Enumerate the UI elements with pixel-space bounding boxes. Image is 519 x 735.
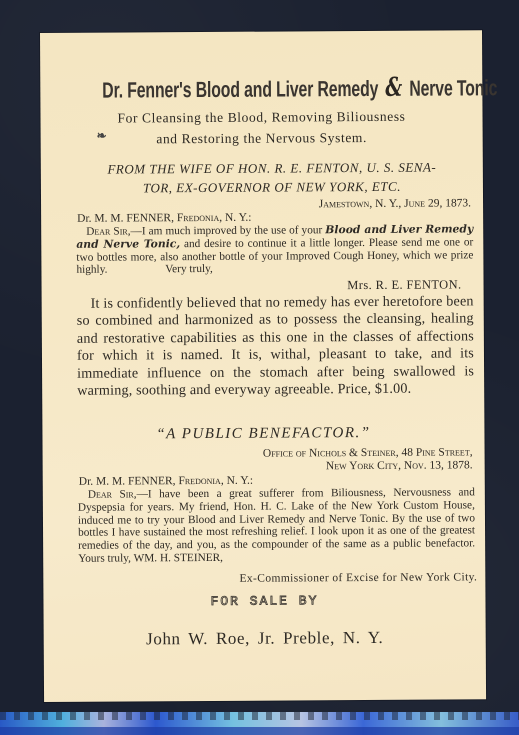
letter-closing: Very truly, bbox=[165, 263, 213, 275]
for-sale-by-label: FOR SALE BY bbox=[43, 592, 485, 610]
subtitle-line-1: For Cleansing the Blood, Removing Biliou… bbox=[40, 105, 482, 129]
body-paragraph: It is confidently believed that no remed… bbox=[77, 293, 475, 400]
margin-mark-icon: ❧ bbox=[97, 129, 107, 143]
title-text-2: Nerve Tonic bbox=[409, 75, 497, 101]
addressee-name: Dr. M. M. FENNER, bbox=[79, 475, 176, 488]
testimonial-2-office: Office of Nichols & Steiner, 48 Pine Str… bbox=[263, 446, 473, 473]
office-line-1: Office of Nichols & Steiner, 48 Pine Str… bbox=[263, 446, 473, 460]
letter-text-a: —I am much improved by the use of your bbox=[130, 224, 325, 237]
letter-text: —I have been a great sufferer from Bilio… bbox=[78, 486, 475, 564]
card-subtitle: For Cleansing the Blood, Removing Biliou… bbox=[40, 105, 482, 150]
heading-line-1: FROM THE WIFE OF HON. R. E. FENTON, U. S… bbox=[71, 157, 473, 178]
addressee-name: Dr. M. M. FENNER, bbox=[77, 212, 174, 225]
testimonial-1-signature: Mrs. R. E. FENTON. bbox=[347, 277, 461, 293]
addressee-place: Fredonia, N. Y.: bbox=[178, 475, 253, 487]
dealer-name: John W. Roe, Jr. Preble, N. Y. bbox=[44, 627, 486, 650]
card-title: Dr. Fenner's Blood and Liver Remedy & Ne… bbox=[102, 73, 420, 105]
testimonial-1-addressee: Dr. M. M. FENNER, Fredonia, N. Y.: bbox=[77, 212, 251, 225]
testimonial-2-letter: Dear Sir,—I have been a great sufferer f… bbox=[78, 486, 475, 565]
addressee-place: Fredonia, N. Y.: bbox=[177, 212, 252, 224]
ampersand-ornament-icon: & bbox=[385, 73, 402, 103]
testimonial-2-heading: “A PUBLIC BENEFACTOR.” bbox=[42, 424, 484, 444]
holographic-strip bbox=[0, 712, 519, 735]
testimonial-2-signer-title: Ex-Commissioner of Excise for New York C… bbox=[239, 571, 477, 584]
salutation: Dear Sir, bbox=[88, 488, 137, 500]
trade-card: Dr. Fenner's Blood and Liver Remedy & Ne… bbox=[40, 30, 486, 702]
testimonial-2-addressee: Dr. M. M. FENNER, Fredonia, N. Y.: bbox=[79, 475, 253, 488]
testimonial-1-heading: FROM THE WIFE OF HON. R. E. FENTON, U. S… bbox=[71, 157, 473, 197]
title-text-1: Dr. Fenner's Blood and Liver Remedy bbox=[102, 76, 378, 103]
subtitle-line-2: and Restoring the Nervous System. bbox=[41, 126, 483, 150]
testimonial-1-dateline: Jamestown, N. Y., June 29, 1873. bbox=[319, 197, 471, 210]
salutation: Dear Sir, bbox=[86, 225, 130, 237]
testimonial-1-letter: Dear Sir,—I am much improved by the use … bbox=[76, 223, 473, 277]
body-text: It is confidently believed that no remed… bbox=[77, 293, 474, 398]
office-line-2: New York City, Nov. 13, 1878. bbox=[263, 459, 473, 473]
heading-line-2: TOR, EX-GOVERNOR OF NEW YORK, ETC. bbox=[71, 176, 473, 197]
